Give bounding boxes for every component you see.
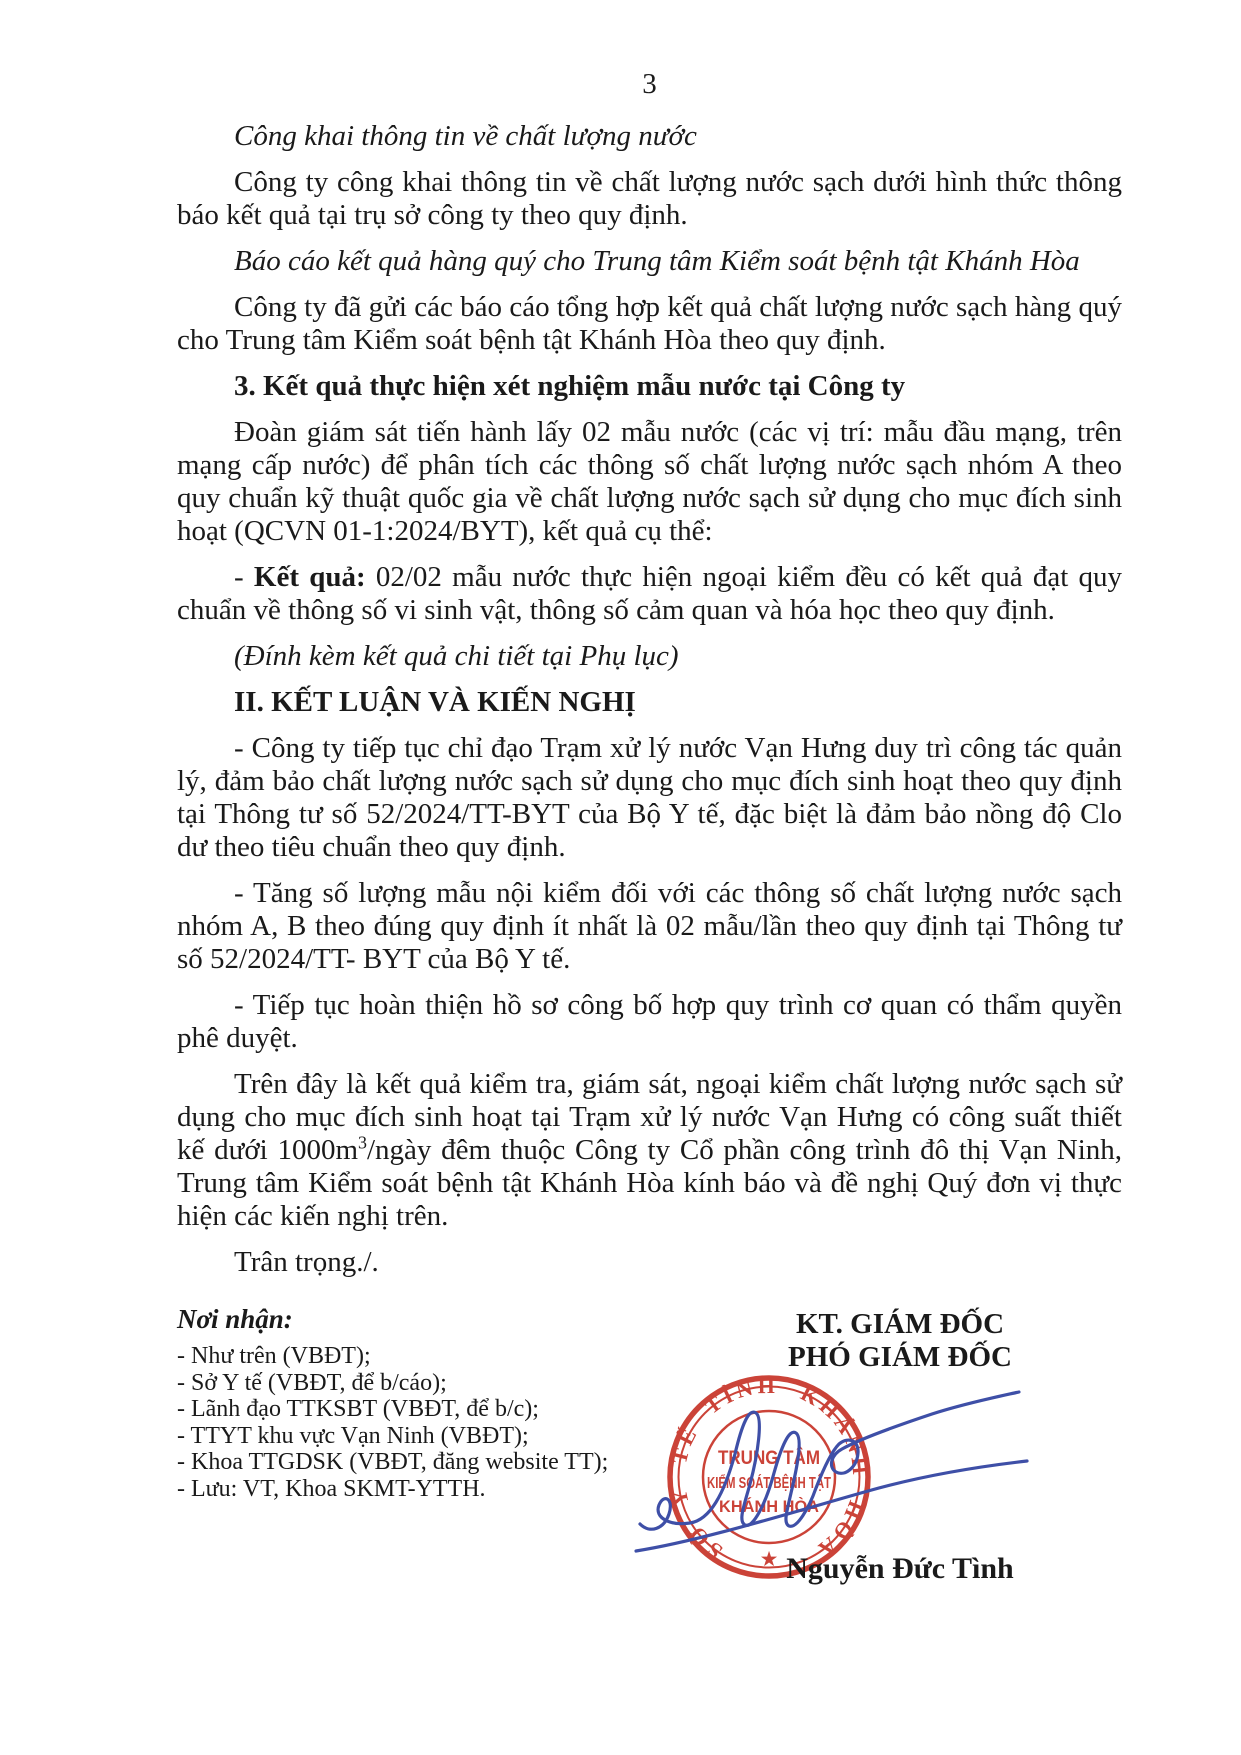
- recipient-item: - Sở Y tế (VBĐT, để b/cáo);: [177, 1370, 657, 1397]
- section-heading-3: 3. Kết quả thực hiện xét nghiệm mẫu nước…: [177, 370, 1122, 403]
- signer-title-pho-giam-doc: PHÓ GIÁM ĐỐC: [700, 1341, 1100, 1374]
- paragraph-doan-giam-sat: Đoàn giám sát tiến hành lấy 02 mẫu nước …: [177, 416, 1122, 548]
- signature-block: KT. GIÁM ĐỐC PHÓ GIÁM ĐỐC: [700, 1308, 1100, 1374]
- document-page: 3 Công khai thông tin về chất lượng nước…: [0, 0, 1241, 1755]
- signature-underline-stroke: [636, 1461, 1027, 1551]
- paragraph-kien-nghi-2: - Tăng số lượng mẫu nội kiểm đối với các…: [177, 877, 1122, 976]
- section-heading-II: II. KẾT LUẬN VÀ KIẾN NGHỊ: [177, 686, 1122, 719]
- paragraph-kien-nghi-1: - Công ty tiếp tục chỉ đạo Trạm xử lý nư…: [177, 732, 1122, 864]
- ket-qua-label: Kết quả:: [254, 561, 366, 593]
- paragraph-ket-qua: - Kết quả: 02/02 mẫu nước thực hiện ngoạ…: [177, 561, 1122, 627]
- paragraph-cong-khai: Công ty công khai thông tin về chất lượn…: [177, 166, 1122, 232]
- recipient-item: - Như trên (VBĐT);: [177, 1343, 657, 1370]
- recipients-list: - Như trên (VBĐT); - Sở Y tế (VBĐT, để b…: [177, 1343, 657, 1502]
- signer-title-kt-giam-doc: KT. GIÁM ĐỐC: [700, 1308, 1100, 1341]
- subheading-cong-khai-thong-tin: Công khai thông tin về chất lượng nước: [177, 120, 1122, 153]
- document-body: Công khai thông tin về chất lượng nước C…: [177, 120, 1122, 1292]
- signer-name: Nguyễn Đức Tình: [700, 1552, 1100, 1586]
- recipient-item: - Khoa TTGDSK (VBĐT, đăng website TT);: [177, 1449, 657, 1476]
- recipients-block: Nơi nhận: - Như trên (VBĐT); - Sở Y tế (…: [177, 1303, 657, 1502]
- subheading-bao-cao-ket-qua: Báo cáo kết quả hàng quý cho Trung tâm K…: [177, 245, 1122, 278]
- paragraph-tran-trong: Trân trọng./.: [177, 1246, 1122, 1279]
- dash: -: [234, 561, 254, 593]
- superscript-3: 3: [358, 1132, 367, 1152]
- recipient-item: - Lưu: VT, Khoa SKMT-YTTH.: [177, 1476, 657, 1503]
- signature-main-stroke: [640, 1392, 1019, 1529]
- recipient-item: - Lãnh đạo TTKSBT (VBĐT, để b/c);: [177, 1396, 657, 1423]
- page-number: 3: [177, 68, 1122, 101]
- recipient-item: - TTYT khu vực Vạn Ninh (VBĐT);: [177, 1423, 657, 1450]
- attachment-note: (Đính kèm kết quả chi tiết tại Phụ lục): [177, 640, 1122, 673]
- paragraph-kien-nghi-3: - Tiếp tục hoàn thiện hồ sơ công bố hợp …: [177, 989, 1122, 1055]
- recipients-title: Nơi nhận:: [177, 1303, 657, 1335]
- paragraph-bao-cao: Công ty đã gửi các báo cáo tổng hợp kết …: [177, 291, 1122, 357]
- paragraph-closing: Trên đây là kết quả kiểm tra, giám sát, …: [177, 1068, 1122, 1233]
- handwritten-signature: [610, 1372, 1040, 1572]
